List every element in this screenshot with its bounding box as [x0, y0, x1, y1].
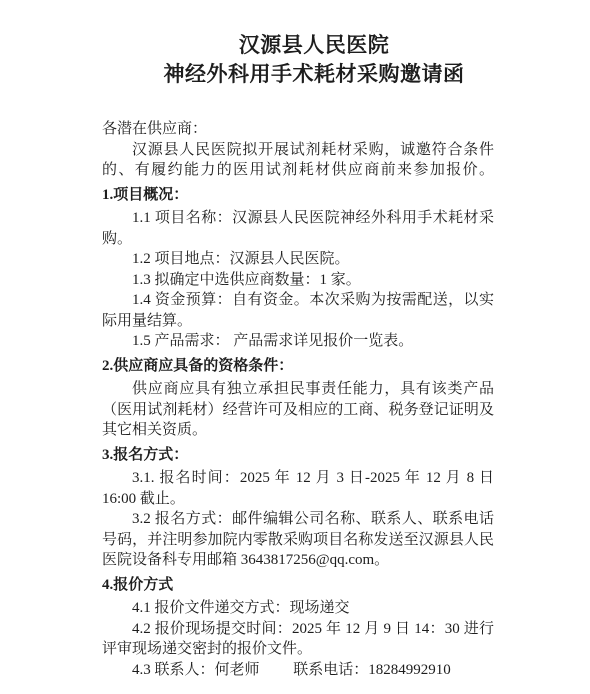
document-line: 1.3 拟确定中选供应商数量：1 家。	[102, 270, 494, 291]
document-line: 3.2 报名方式：邮件编辑公司名称、联系人、联系电话	[102, 509, 494, 530]
document-line: 的、有履约能力的医用试剂耗材供应商前来参加报价。	[102, 160, 494, 181]
section-heading: 3.报名方式：	[102, 445, 494, 466]
section-heading: 2.供应商应具备的资格条件：	[102, 356, 494, 377]
document-page: 汉源县人民医院 神经外科用手术耗材采购邀请函 各潜在供应商：汉源县人民医院拟开展…	[0, 0, 590, 694]
document-title-hospital-name: 汉源县人民医院	[19, 31, 590, 60]
section-heading: 1.项目概况：	[102, 185, 494, 206]
document-line: 其它相关资质。	[102, 420, 494, 441]
document-line: 4.1 报价文件递交方式：现场递交	[102, 598, 494, 619]
document-line: 1.4 资金预算：自有资金。本次采购为按需配送，以实	[102, 290, 494, 311]
document-line: 供应商应具有独立承担民事责任能力，具有该类产品	[102, 379, 494, 400]
document-line: 购。	[102, 229, 494, 250]
document-line: 4.3 联系人：何老师 联系电话：18284992910	[102, 660, 494, 681]
document-line: 医院设备科专用邮箱 3643817256@qq.com。	[102, 550, 494, 571]
document-line: 评审现场递交密封的报价文件。	[102, 639, 494, 660]
document-line: 1.2 项目地点：汉源县人民医院。	[102, 249, 494, 270]
document-line: 际用量结算。	[102, 311, 494, 332]
document-line: （医用试剂耗材）经营许可及相应的工商、税务登记证明及	[102, 400, 494, 421]
document-body: 各潜在供应商：汉源县人民医院拟开展试剂耗材采购，诚邀符合条件的、有履约能力的医用…	[102, 119, 494, 680]
document-line: 3.1. 报名时间：2025 年 12 月 3 日-2025 年 12 月 8 …	[102, 468, 494, 489]
document-line: 1.1 项目名称：汉源县人民医院神经外科用手术耗材采	[102, 208, 494, 229]
document-line: 号码，并注明参加院内零散采购项目名称发送至汉源县人民	[102, 530, 494, 551]
document-line: 汉源县人民医院拟开展试剂耗材采购，诚邀符合条件	[102, 140, 494, 161]
document-line: 各潜在供应商：	[102, 119, 494, 140]
document-line: 4.2 报价现场提交时间：2025 年 12 月 9 日 14：30 进行	[102, 619, 494, 640]
document-line: 16:00 截止。	[102, 489, 494, 510]
document-title-invitation: 神经外科用手术耗材采购邀请函	[19, 60, 590, 89]
section-heading: 4.报价方式	[102, 575, 494, 596]
document-title-block: 汉源县人民医院 神经外科用手术耗材采购邀请函	[19, 31, 590, 89]
document-line: 1.5 产品需求： 产品需求详见报价一览表。	[102, 331, 494, 352]
